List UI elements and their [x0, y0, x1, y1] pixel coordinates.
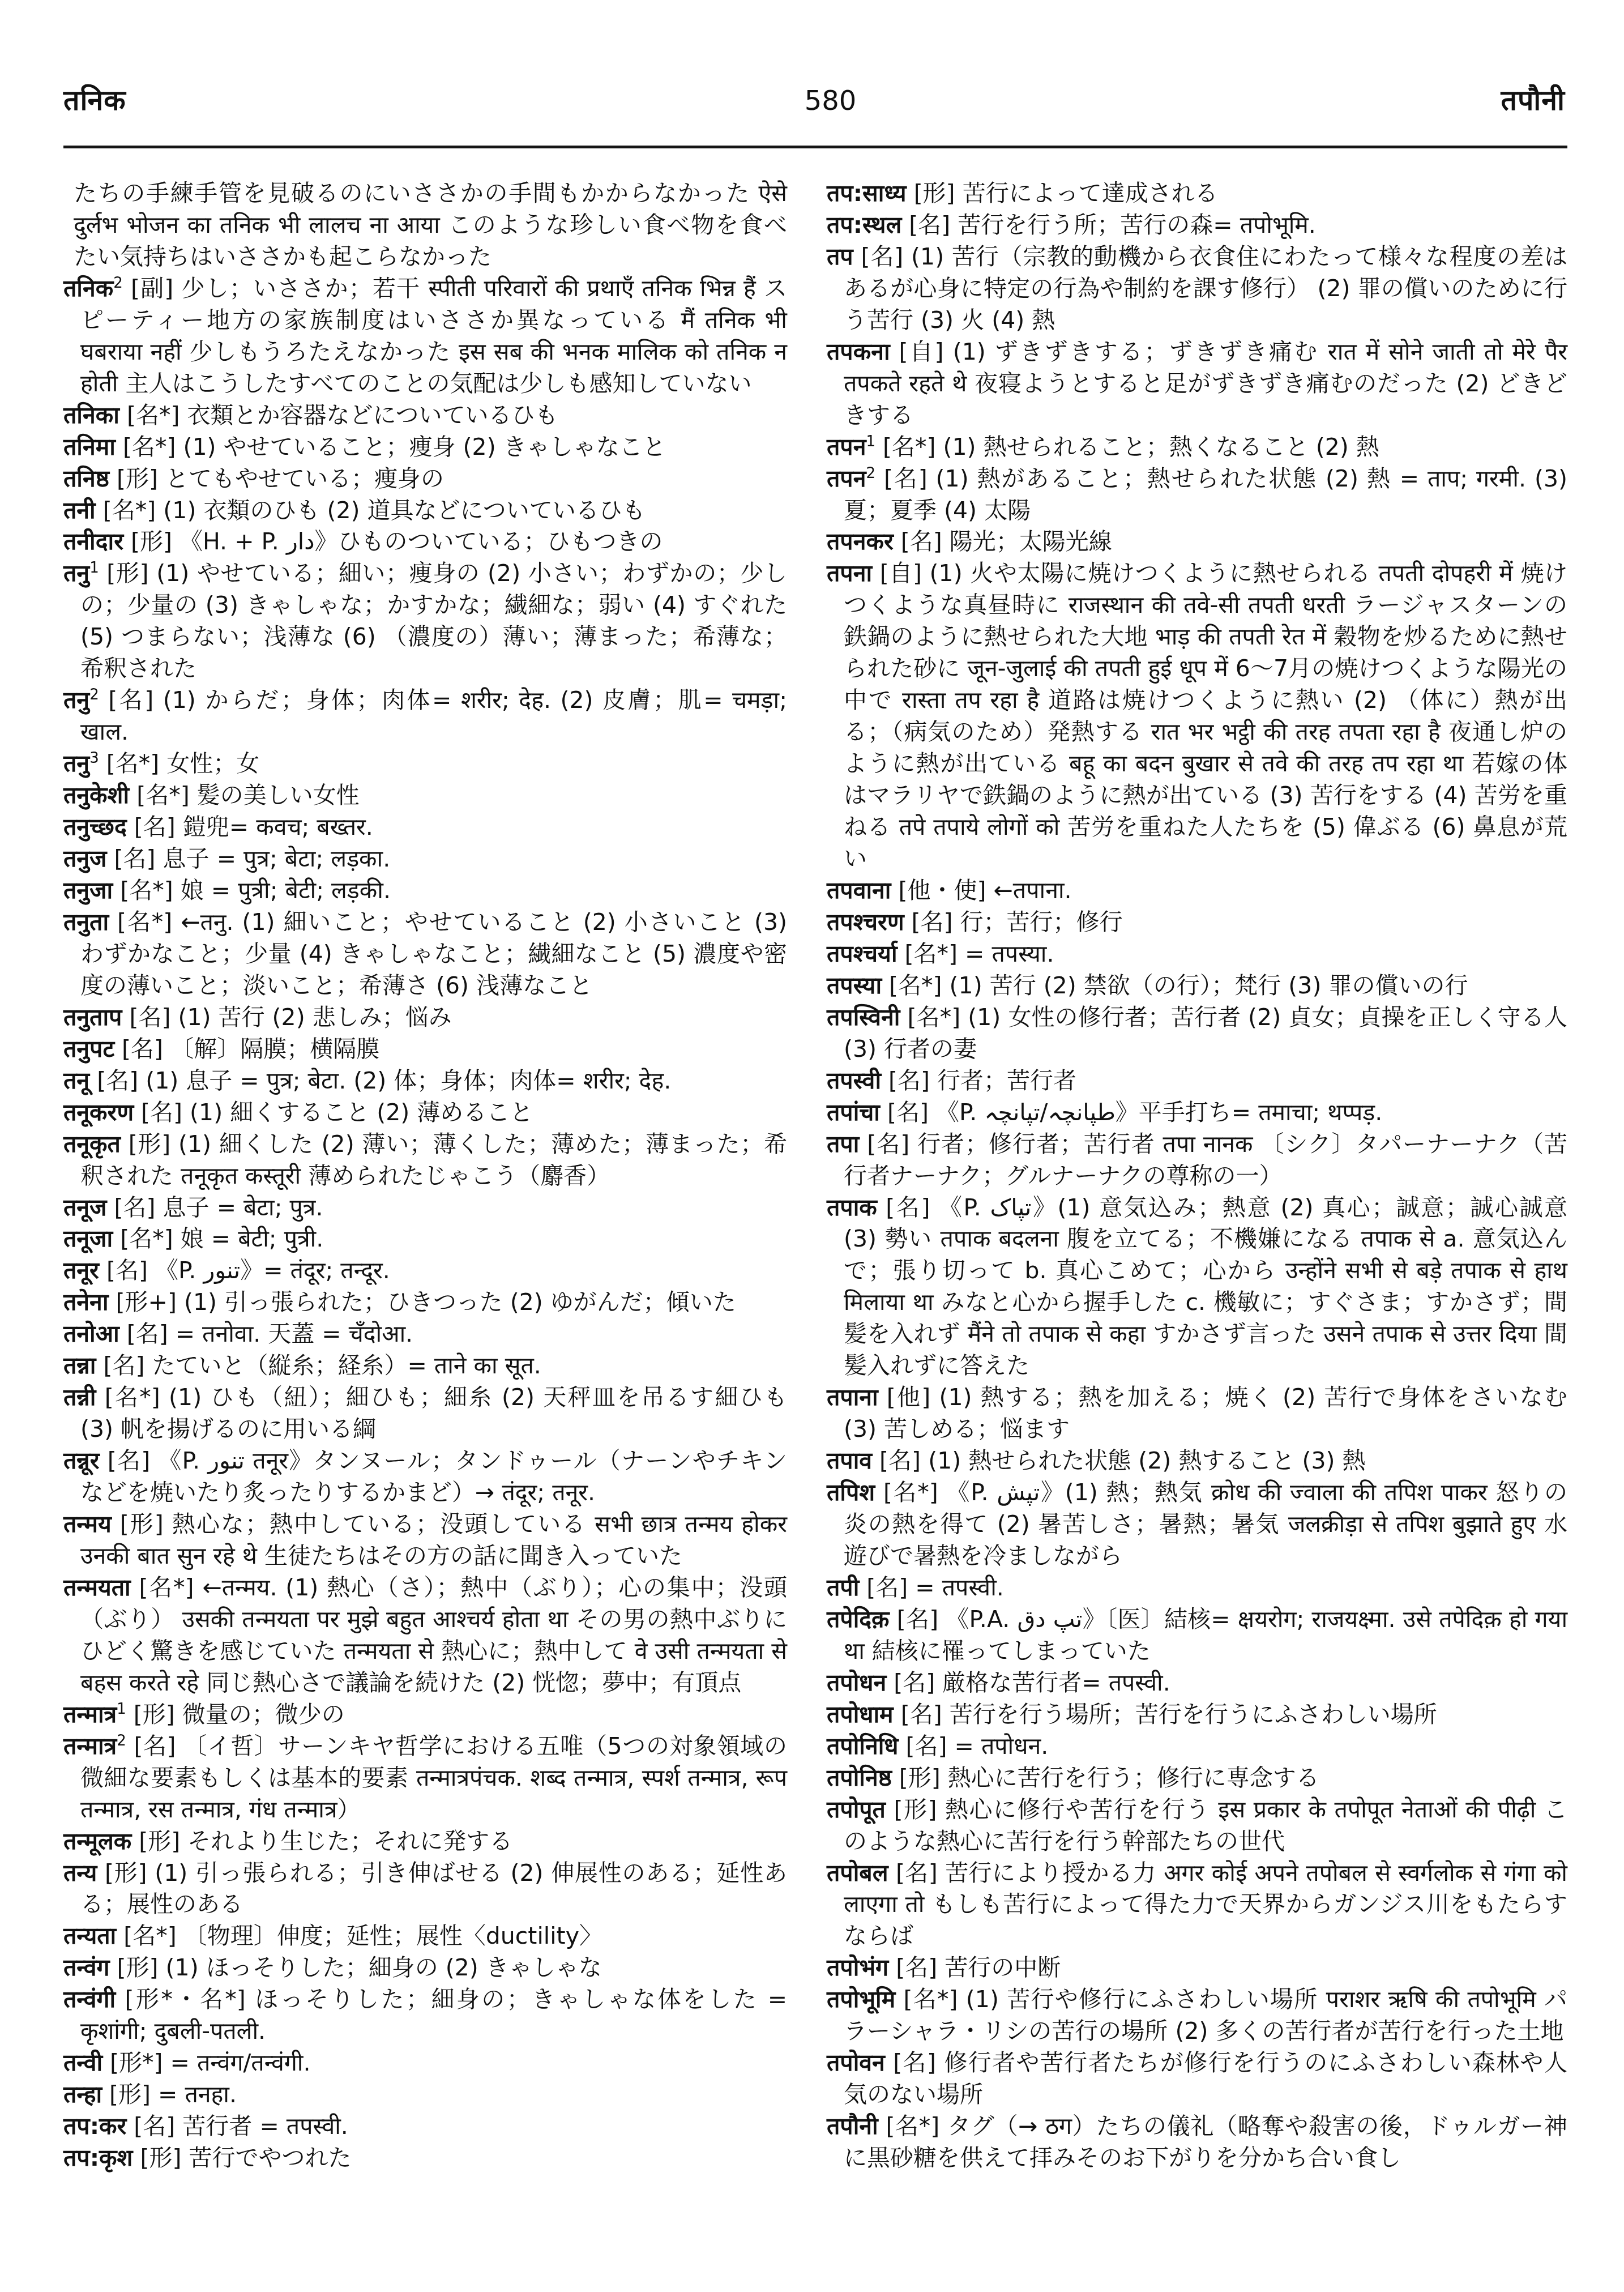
entry-headword: तन्मात्र [63, 1701, 117, 1728]
right-column: तप:साध्य [形] 苦行によって達成されるतप:स्थल [名] 苦行を行… [827, 178, 1567, 2174]
entry-headword: तपोभूमि [827, 1986, 895, 2013]
entry-headword: तनुकेशी [63, 782, 129, 809]
entry-headword: तपेदिक़ [827, 1606, 890, 1633]
dictionary-entry: तन्मात्र2 [名] 〔イ哲〕サーンキヤ哲学における五唯（5つの対象領域の… [63, 1731, 787, 1826]
entry-headword: तपना [827, 560, 872, 587]
entry-headword: तपोबल [827, 1859, 888, 1886]
dictionary-entry: तनुताप [名] (1) 苦行 (2) 悲しみ；悩み [63, 1002, 787, 1034]
entry-headword: तपोवन [827, 2049, 885, 2076]
dictionary-entry: तनुज [名] 息子 = पुत्र; बेटा; लड़का. [63, 843, 787, 875]
dictionary-entry: तपश्चर्या [名*] = तपस्या. [827, 938, 1567, 970]
dictionary-entry: तपोधाम [名] 苦行を行う場所；苦行を行うにふさわしい場所 [827, 1699, 1567, 1731]
entry-headword: तन्वंगी [63, 1986, 116, 2013]
entry-headword: तनु [63, 750, 89, 777]
entry-headword: तप:स्थल [827, 211, 901, 238]
dictionary-entry: तपी [名] = तपस्वी. [827, 1572, 1567, 1604]
dictionary-entry: तप:कर [名] 苦行者 = तपस्वी. [63, 2111, 787, 2142]
entry-headword: तनूज [63, 1194, 107, 1221]
dictionary-entry: तन्यता [名*] 〔物理〕伸度；延性；展性〈ductility〉 [63, 1920, 787, 1952]
entry-headword: तप:कृश [63, 2144, 133, 2171]
dictionary-entry: तनिमा [名*] (1) やせていること；痩身 (2) きゃしゃなこと [63, 432, 787, 463]
entry-headword: तपकना [827, 338, 890, 365]
entry-headword: तन्य [63, 1859, 97, 1886]
dictionary-entry: तन्वंग [形] (1) ほっそりした；細身の (2) きゃしゃな [63, 1952, 787, 1984]
entry-headword: तपाव [827, 1447, 872, 1474]
entry-headword: तनुजा [63, 877, 113, 904]
headword-superscript: 2 [113, 275, 123, 292]
dictionary-entry: तनेना [形+] (1) 引っ張られた；ひきつった (2) ゆがんだ；傾いた [63, 1287, 787, 1318]
entry-headword: तपोनिधि [827, 1732, 899, 1760]
entry-headword: तनोआ [63, 1320, 119, 1347]
dictionary-entry: तपस्वी [名] 行者；苦行者 [827, 1065, 1567, 1097]
dictionary-entry: तपोधन [名] 厳格な苦行者= तपस्वी. [827, 1667, 1567, 1699]
guide-word-right: तपौनी [1501, 85, 1565, 116]
dictionary-entry: तपाना [他] (1) 熱する；熱を加える；焼く (2) 苦行で身体をさいな… [827, 1382, 1567, 1445]
entry-headword: तन्मात्र [63, 1732, 117, 1760]
entry-headword: तनेना [63, 1288, 109, 1316]
entry-headword: तनिक [63, 275, 113, 302]
entry-headword: तपौनी [827, 2112, 878, 2140]
headword-superscript: 1 [117, 1701, 126, 1718]
entry-headword: तनूर [63, 1257, 99, 1284]
dictionary-entry: तनिष्ठ [形] とてもやせている；痩身の [63, 463, 787, 495]
dictionary-entry: तपिश [名*] 《P. تپش》(1) 熱；熱気 क्रोध की ज्वा… [827, 1477, 1567, 1572]
entry-headword: तनुज [63, 845, 107, 872]
entry-headword: तपोनिष्ठ [827, 1764, 892, 1791]
entry-headword: तनी [63, 497, 96, 524]
entry-headword: तनिष्ठ [63, 465, 109, 492]
dictionary-entry: तपन1 [名*] (1) 熱せられること；熱くなること (2) 熱 [827, 432, 1567, 463]
entry-headword: तपस्विनी [827, 1004, 900, 1031]
headword-superscript: 2 [117, 1732, 126, 1749]
dictionary-page: तनिक 580 तपौनी たちの手練手管を見破るのにいささかの手間もかからな… [0, 0, 1624, 2292]
entry-headword: तन्ना [63, 1352, 96, 1379]
dictionary-entry: तपेदिक़ [名] 《P.A. تپ دق》〔医〕結核= क्षयरोग; … [827, 1604, 1567, 1667]
dictionary-entry: तनुकेशी [名*] 髪の美しい女性 [63, 780, 787, 812]
dictionary-entry: तनुच्छद [名] 鎧兜= कवच; बख्तर. [63, 812, 787, 843]
entry-headword: तपन [827, 433, 866, 460]
dictionary-entry: तनुजा [名*] 娘 = पुत्री; बेटी; लड़की. [63, 875, 787, 907]
entry-headword: तपी [827, 1574, 859, 1601]
dictionary-entry: तनीदार [形] 《H. + P. دار》ひものついている；ひもつきの [63, 526, 787, 558]
entry-headword: तनिमा [63, 433, 116, 460]
dictionary-entry: तनू [名] (1) 息子 = पुत्र; बेटा. (2) 体；身体；肉… [63, 1065, 787, 1097]
header-rule [63, 146, 1567, 148]
dictionary-entry: तपश्चरण [名] 行；苦行；修行 [827, 907, 1567, 938]
dictionary-entry: तपवाना [他・使] ←तपाना. [827, 875, 1567, 907]
dictionary-entry: तपोभंग [名] 苦行の中断 [827, 1952, 1567, 1984]
dictionary-entry: तनु2 [名] (1) からだ；身体；肉体= शरीर; देह. (2) 皮… [63, 685, 787, 748]
entry-headword: तपांचा [827, 1099, 880, 1126]
dictionary-entry: तन्मात्र1 [形] 微量の；微少の [63, 1699, 787, 1731]
entry-headword: तन्वी [63, 2049, 102, 2076]
dictionary-entry: तनूजा [名*] 娘 = बेटी; पुत्री. [63, 1223, 787, 1255]
entry-headword: तपस्या [827, 972, 882, 999]
dictionary-entry: तनूकृत [形] (1) 細くした (2) 薄い；薄くした；薄めた；薄まった… [63, 1129, 787, 1192]
text-columns: たちの手練手管を見破るのにいささかの手間もかからなかった ऐसे दुर्लभ … [63, 178, 1567, 2174]
entry-headword: तनुताप [63, 1004, 122, 1031]
dictionary-entry: तपस्विनी [名*] (1) 女性の修行者；苦行者 (2) 貞女；貞操を正… [827, 1002, 1567, 1065]
dictionary-entry: तपोपूत [形] 熱心に修行や苦行を行う इस प्रकार के तपोप… [827, 1794, 1567, 1858]
entry-headword: तप [827, 243, 853, 270]
entry-headword: तनूजा [63, 1225, 113, 1252]
entry-headword: तन्नी [63, 1384, 96, 1411]
dictionary-entry: तनूज [名] 息子 = बेटा; पुत्र. [63, 1192, 787, 1224]
dictionary-entry: तपोबल [名] 苦行により授かる力 अगर कोई अपने तपोबल स… [827, 1858, 1567, 1953]
dictionary-entry: तन्ना [名] たていと（縦糸；経糸）= ताने का सूत. [63, 1350, 787, 1382]
dictionary-entry: तप:साध्य [形] 苦行によって達成される [827, 178, 1567, 210]
dictionary-entry: तपाव [名] (1) 熱せられた状態 (2) 熱すること (3) 熱 [827, 1445, 1567, 1477]
entry-headword: तनूकरण [63, 1099, 134, 1126]
dictionary-entry: तप:कृश [形] 苦行でやつれた [63, 2142, 787, 2174]
entry-headword: तनू [63, 1067, 89, 1094]
dictionary-entry: たちの手練手管を見破るのにいささかの手間もかからなかった ऐसे दुर्लभ … [63, 178, 787, 273]
dictionary-entry: तन्नूर [名] 《P. تنور तनूर》タンヌール；タンドゥール（ナー… [63, 1445, 787, 1509]
dictionary-entry: तन्मय [形] 熱心な；熱中している；没頭している सभी छात्र तन… [63, 1509, 787, 1572]
entry-headword: तन्यता [63, 1922, 116, 1949]
entry-headword: तनु [63, 686, 89, 714]
dictionary-entry: तपा [名] 行者；修行者；苦行者 तपा नानक 〔シク〕タパーナーナク（… [827, 1129, 1567, 1192]
headword-superscript: 2 [866, 465, 875, 482]
dictionary-entry: तनु1 [形] (1) やせている；細い；痩身の (2) 小さい；わずかの；少… [63, 558, 787, 685]
dictionary-entry: तन्मूलक [形] それより生じた；それに発する [63, 1826, 787, 1858]
entry-headword: तनु [63, 560, 89, 587]
dictionary-entry: तनोआ [名] = तनोवा. 天蓋 = चँदोआ. [63, 1318, 787, 1350]
dictionary-entry: तनिक2 [副] 少し；いささか；若干 स्पीती परिवारों की … [63, 273, 787, 400]
headword-superscript: 1 [89, 560, 99, 577]
entry-headword: तपस्वी [827, 1067, 881, 1094]
entry-headword: तन्मूलक [63, 1828, 131, 1855]
dictionary-entry: तन्य [形] (1) 引っ張られる；引き伸ばせる (2) 伸展性のある；延性… [63, 1858, 787, 1921]
dictionary-entry: तन्वी [形*] = तन्वंग/तन्वंगी. [63, 2047, 787, 2079]
dictionary-entry: तपस्या [名*] (1) 苦行 (2) 禁欲（の行）；梵行 (3) 罪の償… [827, 970, 1567, 1002]
entry-headword: तपनकर [827, 528, 894, 555]
entry-headword: तनूकृत [63, 1130, 121, 1158]
dictionary-entry: तपांचा [名] 《P. طپانچہ/تپانچہ》平手打ち= तमाचा… [827, 1097, 1567, 1129]
entry-headword: तपिश [827, 1479, 875, 1506]
running-head: तनिक 580 तपौनी [63, 85, 1567, 116]
dictionary-entry: तनूर [名] 《P. تنور》= तंदूर; तन्दूर. [63, 1255, 787, 1287]
dictionary-entry: तनुपट [名] 〔解〕隔膜；横隔膜 [63, 1034, 787, 1065]
left-column: たちの手練手管を見破るのにいささかの手間もかからなかった ऐसे दुर्लभ … [63, 178, 787, 2174]
dictionary-entry: तनी [名*] (1) 衣類のひも (2) 道具などについているひも [63, 495, 787, 527]
entry-headword: तप:साध्य [827, 180, 907, 207]
headword-superscript: 1 [866, 433, 875, 450]
dictionary-entry: तपोनिष्ठ [形] 熱心に苦行を行う；修行に専念する [827, 1762, 1567, 1794]
headword-superscript: 3 [89, 750, 99, 767]
entry-headword: तपोधाम [827, 1701, 894, 1728]
entry-headword: तनीदार [63, 528, 123, 555]
entry-headword: तपश्चरण [827, 908, 904, 936]
entry-headword: तन्नूर [63, 1447, 100, 1474]
guide-word-left: तनिक [63, 85, 126, 116]
dictionary-entry: तपनकर [名] 陽光；太陽光線 [827, 526, 1567, 558]
entry-headword: तपोधन [827, 1669, 886, 1696]
entry-headword: तपश्चर्या [827, 940, 898, 967]
dictionary-entry: तनिका [名*] 衣類とか容器などについているひも [63, 400, 787, 432]
dictionary-entry: तप [名] (1) 苦行（宗教的動機から衣食住にわたって様々な程度の差はあるが… [827, 241, 1567, 336]
entry-headword: तन्वंग [63, 1954, 110, 1981]
entry-headword: तनुपट [63, 1035, 114, 1062]
entry-headword: तनुच्छद [63, 813, 127, 840]
dictionary-entry: तपन2 [名] (1) 熱があること；熱せられた状態 (2) 熱 = ताप;… [827, 463, 1567, 527]
entry-headword: तपोभंग [827, 1954, 888, 1981]
entry-headword: तनिका [63, 402, 119, 429]
entry-headword: तपन [827, 465, 866, 492]
dictionary-entry: तनूकरण [名] (1) 細くすること (2) 薄めること [63, 1097, 787, 1129]
dictionary-entry: तन्नी [名*] (1) ひも（紐）；細ひも；細糸 (2) 天秤皿を吊るす細… [63, 1382, 787, 1445]
dictionary-entry: तन्हा [形] = तनहा. [63, 2079, 787, 2111]
entry-headword: तपाक [827, 1194, 877, 1221]
dictionary-entry: तनु3 [名*] 女性；女 [63, 748, 787, 780]
dictionary-entry: तपोभूमि [名*] (1) 苦行や修行にふさわしい場所 पराशर ऋषि… [827, 1984, 1567, 2047]
dictionary-entry: तपौनी [名*] タグ（→ ठग）たちの儀礼（略奪や殺害の後，ドゥルガー神に… [827, 2111, 1567, 2174]
entry-headword: तपोपूत [827, 1796, 886, 1823]
entry-headword: तनुता [63, 908, 109, 936]
page-number: 580 [805, 86, 857, 116]
entry-headword: तन्मय [63, 1510, 112, 1538]
dictionary-entry: तन्मयता [名*] ←तन्मय. (1) 熱心（さ）；熱中（ぶり）；心の… [63, 1572, 787, 1699]
dictionary-entry: तपोवन [名] 修行者や苦行者たちが修行を行うのにふさわしい森林や人気のない… [827, 2047, 1567, 2111]
entry-headword: तप:कर [63, 2112, 126, 2140]
dictionary-entry: तपना [自] (1) 火や太陽に焼けつくように熱せられる तपती दोपह… [827, 558, 1567, 875]
dictionary-entry: तप:स्थल [名] 苦行を行う所；苦行の森= तपोभूमि. [827, 210, 1567, 241]
entry-headword: तपवाना [827, 877, 891, 904]
entry-headword: तपाना [827, 1384, 878, 1411]
entry-headword: तन्मयता [63, 1574, 131, 1601]
dictionary-entry: तपाक [名] 《P. تپاک》(1) 意気込み；熱意 (2) 真心；誠意；… [827, 1192, 1567, 1382]
dictionary-entry: तपोनिधि [名] = तपोधन. [827, 1731, 1567, 1762]
entry-headword: तन्हा [63, 2081, 102, 2108]
dictionary-entry: तनुता [名*] ←तनु. (1) 細いこと；やせていること (2) 小さ… [63, 907, 787, 1002]
entry-headword: तपा [827, 1130, 859, 1158]
headword-superscript: 2 [89, 687, 99, 704]
dictionary-entry: तपकना [自] (1) ずきずきする；ずきずき痛む रात में सोने… [827, 336, 1567, 432]
dictionary-entry: तन्वंगी [形*・名*] ほっそりした；細身の；きゃしゃな体をした = क… [63, 1984, 787, 2047]
